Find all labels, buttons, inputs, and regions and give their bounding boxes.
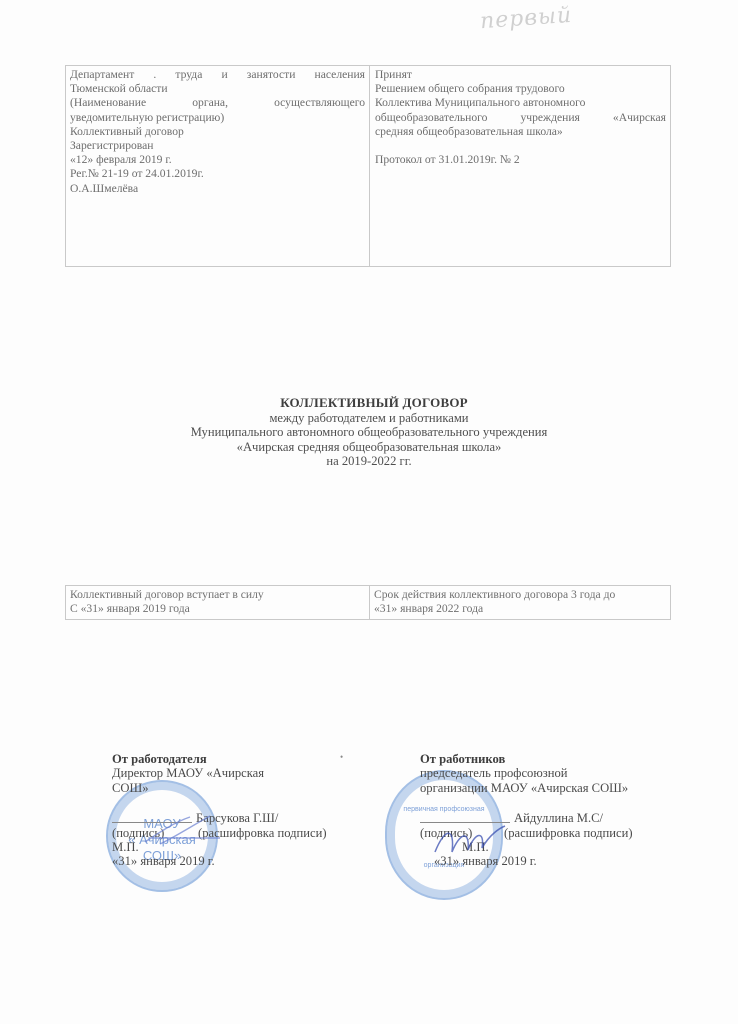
employer-mp: М.П. bbox=[112, 840, 372, 854]
document-subtitle: между работодателем и работниками bbox=[0, 411, 738, 426]
term-cell: Срок действия коллективного договора 3 г… bbox=[370, 586, 670, 619]
registration-caption-1: (Наименование органа, осуществляющего bbox=[70, 96, 365, 110]
registration-authority: Департамент . труда и занятости населени… bbox=[70, 68, 365, 82]
employer-name-row: Барсукова Г.Ш/ bbox=[112, 811, 372, 825]
effective-date-cell: Коллективный договор вступает в силу С «… bbox=[66, 586, 370, 619]
employer-role-2: СОШ» bbox=[112, 781, 372, 795]
adoption-cell: Принят Решением общего собрания трудовог… bbox=[370, 66, 670, 266]
organization-name: Муниципального автономного общеобразоват… bbox=[0, 425, 738, 440]
registration-region: Тюменской области bbox=[70, 82, 365, 96]
employer-signature-block: От работодателя Директор МАОУ «Ачирская … bbox=[112, 752, 372, 869]
employees-signature-block: От работников председатель профсоюзной о… bbox=[420, 752, 710, 869]
employer-sig-label: (подпись) bbox=[112, 826, 198, 840]
registration-status: Зарегистрирован bbox=[70, 139, 365, 153]
employees-role-2: организации МАОУ «Ачирская СОШ» bbox=[420, 781, 710, 795]
employer-decode-label: (расшифровка подписи) bbox=[198, 826, 327, 840]
document-title: КОЛЛЕКТИВНЫЙ ДОГОВОР bbox=[10, 396, 738, 411]
adoption-text-2: Коллектива Муниципального автономного bbox=[375, 96, 666, 110]
adoption-protocol: Протокол от 31.01.2019г. № 2 bbox=[375, 153, 666, 167]
registration-caption-2: уведомительную регистрацию) bbox=[70, 111, 365, 125]
registration-table: Департамент . труда и занятости населени… bbox=[65, 65, 671, 267]
adoption-text-4: средняя общеобразовательная школа» bbox=[375, 125, 666, 139]
registration-date: «12» февраля 2019 г. bbox=[70, 153, 365, 167]
term-label: Срок действия коллективного договора 3 г… bbox=[374, 588, 666, 602]
registration-number: Рег.№ 21-19 от 24.01.2019г. bbox=[70, 167, 365, 181]
document-title-block: КОЛЛЕКТИВНЫЙ ДОГОВОР между работодателем… bbox=[0, 396, 738, 469]
adoption-status: Принят bbox=[375, 68, 666, 82]
validity-table: Коллективный договор вступает в силу С «… bbox=[65, 585, 671, 620]
school-name: «Ачирская средняя общеобразовательная шк… bbox=[0, 440, 738, 455]
registration-officer: О.А.Шмелёва bbox=[70, 182, 365, 196]
document-period: на 2019-2022 гг. bbox=[0, 454, 738, 469]
employees-mp: М.П. bbox=[420, 840, 710, 854]
employees-decode-label: (расшифровка подписи) bbox=[504, 826, 633, 840]
effective-date: С «31» января 2019 года bbox=[70, 602, 365, 616]
employees-signature-line bbox=[420, 811, 510, 823]
employer-label-row: (подпись) (расшифровка подписи) bbox=[112, 826, 372, 840]
registration-doc-name: Коллективный договор bbox=[70, 125, 365, 139]
employees-heading: От работников bbox=[420, 752, 710, 766]
employer-heading: От работодателя bbox=[112, 752, 372, 766]
employees-name: Айдуллина М.С/ bbox=[514, 811, 603, 825]
adoption-text-1: Решением общего собрания трудового bbox=[375, 82, 666, 96]
employer-name: Барсукова Г.Ш/ bbox=[196, 811, 278, 825]
term-end-date: «31» января 2022 года bbox=[374, 602, 666, 616]
handwritten-note: первый bbox=[479, 3, 573, 34]
employees-role-1: председатель профсоюзной bbox=[420, 766, 710, 780]
employees-name-row: Айдуллина М.С/ bbox=[420, 811, 710, 825]
employees-sig-label: (подпись) bbox=[420, 826, 504, 840]
employer-signature-line bbox=[112, 811, 192, 823]
adoption-text-3: общеобразовательного учреждения «Ачирска… bbox=[375, 111, 666, 125]
employees-label-row: (подпись) (расшифровка подписи) bbox=[420, 826, 710, 840]
effective-label: Коллективный договор вступает в силу bbox=[70, 588, 365, 602]
employees-date: «31» января 2019 г. bbox=[420, 854, 710, 868]
employer-date: «31» января 2019 г. bbox=[112, 854, 372, 868]
registration-cell: Департамент . труда и занятости населени… bbox=[66, 66, 370, 266]
employer-role-1: Директор МАОУ «Ачирская bbox=[112, 766, 372, 780]
